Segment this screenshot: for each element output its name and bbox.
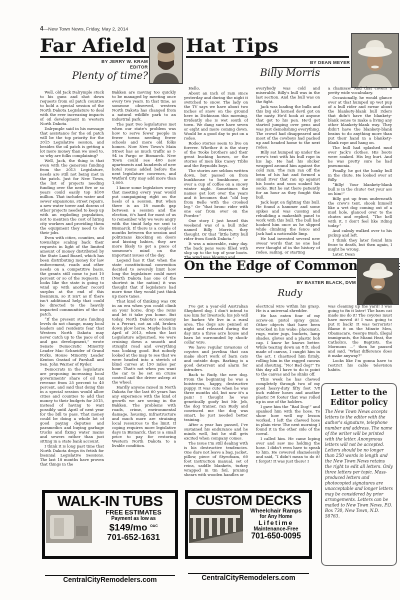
walk-in-tub-photo [46,510,92,574]
far-afield-rule [40,56,149,58]
common-sense-byline: BY BAXTER BLACK, DVM [240,280,356,285]
hat-tips-byline: BY DEAN MEYER [150,60,350,65]
walk-in-tubs-ad-text: FREE ESTIMATES Payment as low as $149/mo… [92,509,175,575]
page-header: 4—New Town News, Friday, May 2, 2014 [40,25,240,32]
custom-decks-ad-body: Wheelchair Ramps for Any Home Lifetime M… [188,508,309,573]
maintenance-free-text: Maintenance-Free [243,526,309,532]
lifetime-text: Lifetime [243,519,309,526]
far-afield-headline: Plenty of time? [40,71,180,82]
deck-art [189,509,243,543]
tubs-website-text: CentralCityRemodelers.com [45,575,175,585]
hat-tips-rule [186,56,349,58]
decks-website-text: CentralCityRemodelers.com [188,573,309,583]
far-afield-column-2: Bakken are moving too quickly to be mana… [112,90,176,487]
custom-decks-ad: CUSTOM DECKS Wheelchair Ramps [185,490,312,559]
rudy-column-1: I've got a year-old Australian Shepherd … [184,304,248,490]
hat-tips-column-1: Hello,About an inch of rain since yester… [184,86,248,264]
common-sense-title: On the Edge of Common Sense [184,259,358,274]
rudy-column-2: electrical wire within his grasp. He is … [256,304,320,490]
rudy-column-3: was cleaning up the yard! I was going to… [328,304,392,378]
walk-in-tubs-ad-body: FREE ESTIMATES Payment as low as $149/mo… [45,509,175,575]
price-note: OAC [150,525,158,529]
meyer-portrait-photo [351,33,399,88]
newspaper-page: 4—New Town News, Friday, May 2, 2014 Far… [0,0,400,600]
price-value: $149/mo [109,523,147,534]
hat-tips-column-3: a chainsaw. And that covers a pretty wid… [328,86,392,264]
letter-policy-box: Letter to the Editor policy The New Town… [321,383,397,566]
letter-policy-body: The New Town News accepts letters to the… [325,409,393,519]
masthead-text: —New Town News, Friday, May 2, 2014 [43,27,128,33]
letter-policy-title-line2: Editor policy [325,398,393,408]
hat-tips-headline: Billy Morris [184,68,396,79]
tubs-phone-number: 701-652-1631 [92,533,175,542]
walk-in-tubs-ad: WALK-IN TUBS FREE ESTIMATES Payment as l… [42,490,178,559]
common-sense-title-rule [184,277,356,278]
walk-in-tubs-ad-title: WALK-IN TUBS [45,494,175,509]
far-afield-byline: BY JERRY W. KRAM EDITOR [0,59,148,70]
far-afield-column-1: Well, old Jack Dalrymple stuck to his gu… [40,90,104,487]
hat-tips-title: Hat Tips [186,35,279,57]
price-text: $149/mo OAC [92,522,175,534]
meyer-portrait-art [352,34,398,87]
custom-decks-ad-text: Wheelchair Ramps for Any Home Lifetime M… [243,508,309,573]
wheelchair-ramps-text: Wheelchair Ramps [243,508,309,514]
custom-decks-ad-title: CUSTOM DECKS [188,494,309,508]
rudy-headline: Rudy [184,288,396,299]
free-estimates-text: FREE ESTIMATES [92,509,175,516]
walk-in-tub-art [46,510,92,543]
deck-photo [189,509,243,572]
decks-phone-number: 701-650-0095 [243,532,309,541]
far-afield-title: Far Afield [40,35,146,57]
hat-tips-column-2: everybody was cold and miserable. Billy'… [256,86,320,264]
